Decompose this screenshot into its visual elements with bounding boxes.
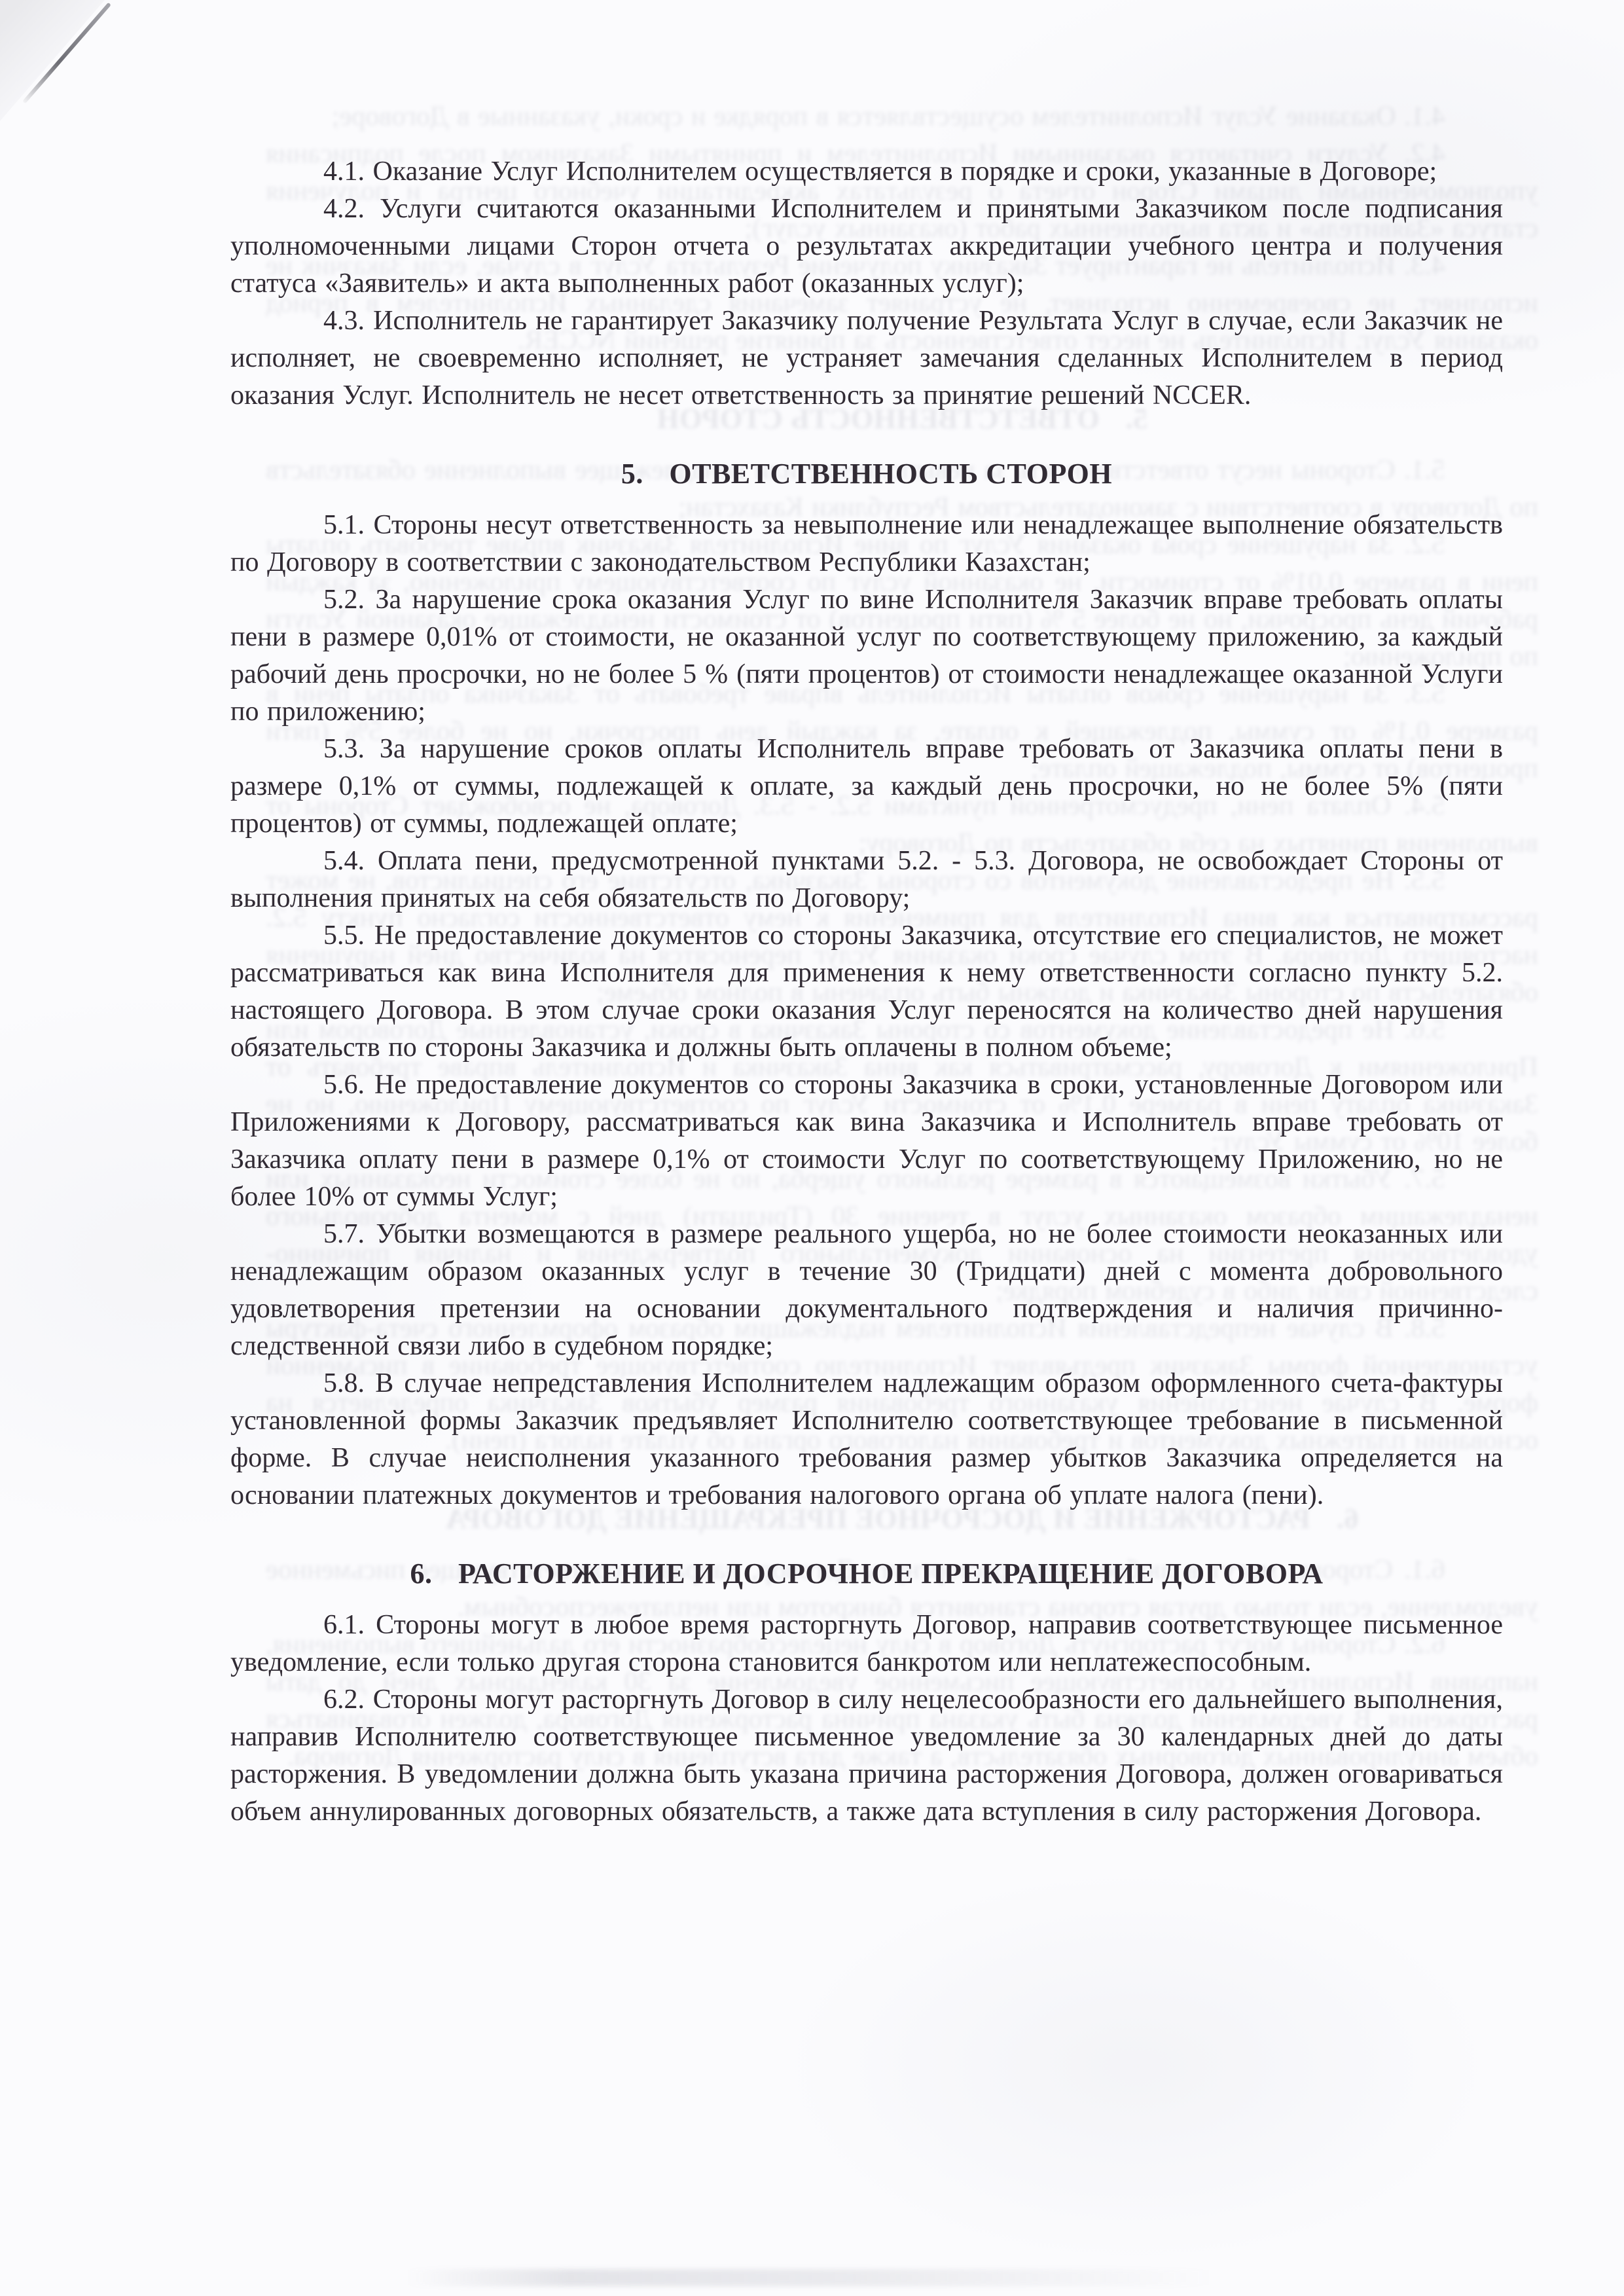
paragraph-4-3: 4.3. Исполнитель не гарантирует Заказчик… [230, 302, 1503, 414]
paragraph-5-2: 5.2. За нарушение срока оказания Услуг п… [230, 581, 1503, 731]
corner-fold-shade [0, 0, 105, 121]
document-content: 4.1. Оказание Услуг Исполнителем осущест… [230, 153, 1503, 1831]
paragraph-5-4: 5.4. Оплата пени, предусмотренной пункта… [230, 843, 1503, 917]
paragraph-5-7: 5.7. Убытки возмещаются в размере реальн… [230, 1216, 1503, 1365]
paragraph-4-2: 4.2. Услуги считаются оказанными Исполни… [230, 191, 1503, 302]
paragraph-5-3: 5.3. За нарушение сроков оплаты Исполнит… [230, 731, 1503, 843]
section-5-heading: 5. ОТВЕТСТВЕННОСТЬ СТОРОН [230, 455, 1503, 492]
paragraph-5-5: 5.5. Не предоставление документов со сто… [230, 917, 1503, 1066]
paragraph-6-2: 6.2. Стороны могут расторгнуть Договор в… [230, 1681, 1503, 1831]
paragraph-5-1: 5.1. Стороны несут ответственность за не… [230, 507, 1503, 581]
section-6-title: РАСТОРЖЕНИЕ И ДОСРОЧНОЕ ПРЕКРАЩЕНИЕ ДОГО… [458, 1558, 1324, 1590]
section-6-heading: 6. РАСТОРЖЕНИЕ И ДОСРОЧНОЕ ПРЕКРАЩЕНИЕ Д… [230, 1555, 1503, 1592]
scan-smudge [406, 2269, 1218, 2286]
paragraph-6-1: 6.1. Стороны могут в любое время расторг… [230, 1607, 1503, 1681]
paragraph-4-1: 4.1. Оказание Услуг Исполнителем осущест… [230, 153, 1503, 191]
section-5-number: 5. [621, 458, 643, 490]
section-6-number: 6. [410, 1558, 432, 1590]
paragraph-5-6: 5.6. Не предоставление документов со сто… [230, 1066, 1503, 1216]
section-5-title: ОТВЕТСТВЕННОСТЬ СТОРОН [669, 458, 1112, 490]
scanned-contract-page: 4.1. Оказание Услуг Исполнителем осущест… [0, 0, 1624, 2296]
paragraph-5-8: 5.8. В случае непредставления Исполнител… [230, 1365, 1503, 1514]
